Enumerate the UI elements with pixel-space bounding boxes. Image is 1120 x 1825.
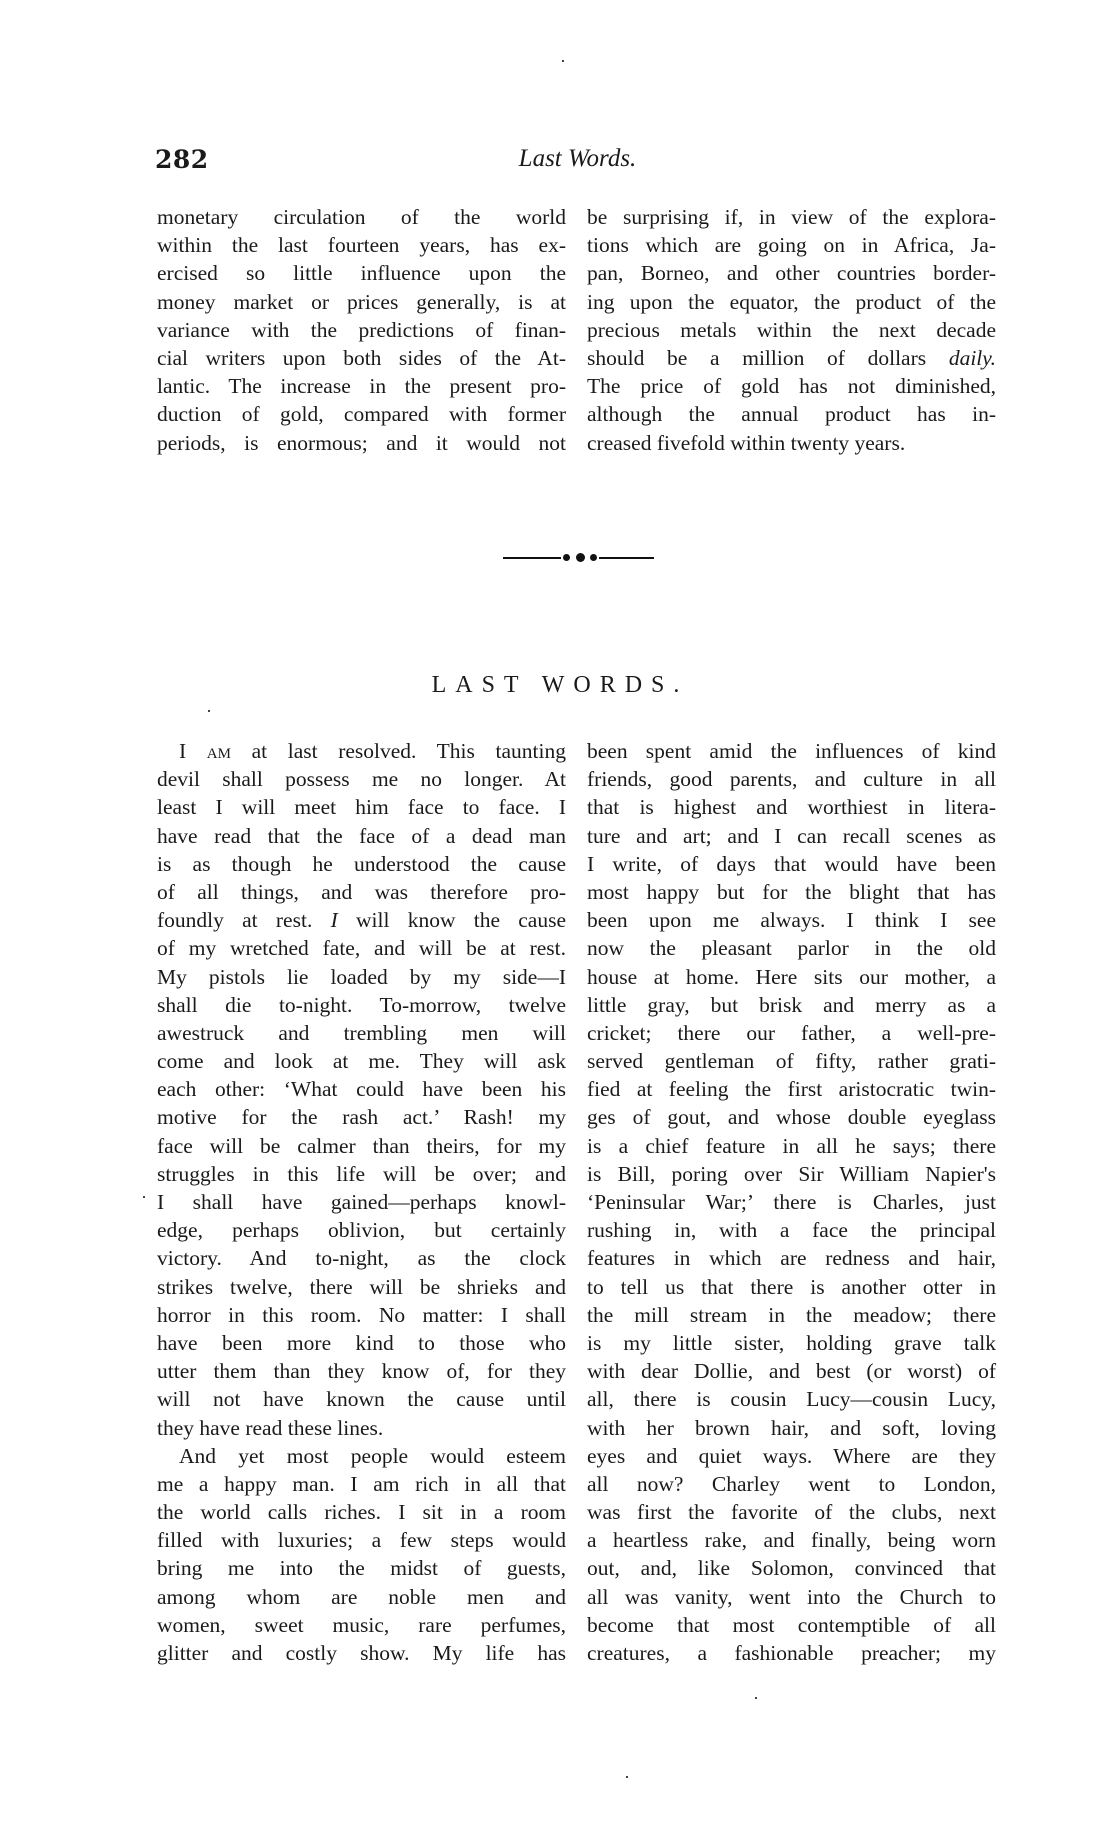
text-line: be surprising if, in view of the explora… bbox=[587, 203, 996, 231]
text-line: bring me into the midst of guests, bbox=[157, 1554, 566, 1582]
text-line: variance with the predictions of finan- bbox=[157, 316, 566, 344]
text-line: fied at feeling the first aristocratic t… bbox=[587, 1075, 996, 1103]
text-line: awestruck and trembling men will bbox=[157, 1019, 566, 1047]
text-line: edge, perhaps oblivion, but certainly bbox=[157, 1216, 566, 1244]
text-line: the mill stream in the meadow; there bbox=[587, 1301, 996, 1329]
text-line: out, and, like Solomon, convinced that bbox=[587, 1554, 996, 1582]
ornamental-rule-separator bbox=[503, 553, 654, 563]
text-line: have read that the face of a dead man bbox=[157, 822, 566, 850]
text-line: is Bill, poring over Sir William Napier'… bbox=[587, 1160, 996, 1188]
text-line: filled with luxuries; a few steps would bbox=[157, 1526, 566, 1554]
rule-right bbox=[599, 557, 654, 559]
text-line: of all things, and was therefore pro- bbox=[157, 878, 566, 906]
text-line: features in which are redness and hair, bbox=[587, 1244, 996, 1272]
text-line: duction of gold, compared with former bbox=[157, 400, 566, 428]
text-line: I shall have gained—perhaps knowl- bbox=[157, 1188, 566, 1216]
text-line: monetary circulation of the world bbox=[157, 203, 566, 231]
scan-speck bbox=[626, 1776, 628, 1778]
text-line: is my little sister, holding grave talk bbox=[587, 1329, 996, 1357]
text-line: face will be calmer than theirs, for my bbox=[157, 1132, 566, 1160]
text-line: now the pleasant parlor in the old bbox=[587, 934, 996, 962]
text-line: all now? Charley went to London, bbox=[587, 1470, 996, 1498]
text-line: with her brown hair, and soft, loving bbox=[587, 1414, 996, 1442]
text-line: women, sweet music, rare perfumes, bbox=[157, 1611, 566, 1639]
text-line: And yet most people would esteem bbox=[157, 1442, 566, 1470]
text-line: I am at last resolved. This taunting bbox=[157, 737, 566, 765]
text-line: is a chief feature in all he says; there bbox=[587, 1132, 996, 1160]
text-line: was first the favorite of the clubs, nex… bbox=[587, 1498, 996, 1526]
text-line: strikes twelve, there will be shrieks an… bbox=[157, 1273, 566, 1301]
text-line: money market or prices generally, is at bbox=[157, 288, 566, 316]
text-line: eyes and quiet ways. Where are they bbox=[587, 1442, 996, 1470]
text-line: served gentleman of fifty, rather grati- bbox=[587, 1047, 996, 1075]
italic-text: I bbox=[331, 908, 338, 932]
text-line: rushing in, with a face the principal bbox=[587, 1216, 996, 1244]
italic-text: daily. bbox=[949, 346, 996, 370]
text-line: they have read these lines. bbox=[157, 1414, 566, 1442]
scan-speck bbox=[562, 60, 564, 62]
continued-article-right-column: be surprising if, in view of the explora… bbox=[587, 203, 996, 457]
ornament-dot-icon bbox=[590, 554, 597, 561]
text-line: been upon me always. I think I see bbox=[587, 906, 996, 934]
article-left-column: I am at last resolved. This tauntingdevi… bbox=[157, 737, 566, 1667]
text-line: shall die to-night. To-morrow, twelve bbox=[157, 991, 566, 1019]
running-head: 282 Last Words. bbox=[155, 145, 1000, 185]
scan-speck bbox=[143, 1196, 145, 1198]
text-line: cricket; there our father, a well-pre- bbox=[587, 1019, 996, 1047]
text-line: house at home. Here sits our mother, a bbox=[587, 963, 996, 991]
text-line: although the annual product has in- bbox=[587, 400, 996, 428]
continued-article-left-column: monetary circulation of the worldwithin … bbox=[157, 203, 566, 457]
text-line: The price of gold has not diminished, bbox=[587, 372, 996, 400]
article-right-column: been spent amid the influences of kindfr… bbox=[587, 737, 996, 1667]
text-line: ‘Peninsular War;’ there is Charles, just bbox=[587, 1188, 996, 1216]
text-line: to tell us that there is another otter i… bbox=[587, 1273, 996, 1301]
text-line: ture and art; and I can recall scenes as bbox=[587, 822, 996, 850]
text-line: horror in this room. No matter: I shall bbox=[157, 1301, 566, 1329]
text-line: victory. And to-night, as the clock bbox=[157, 1244, 566, 1272]
text-line: friends, good parents, and culture in al… bbox=[587, 765, 996, 793]
text-line: precious metals within the next decade bbox=[587, 316, 996, 344]
text-line: creased fivefold within twenty years. bbox=[587, 429, 996, 457]
text-line: struggles in this life will be over; and bbox=[157, 1160, 566, 1188]
text-line: been spent amid the influences of kind bbox=[587, 737, 996, 765]
text-line: is as though he understood the cause bbox=[157, 850, 566, 878]
text-line: that is highest and worthiest in litera- bbox=[587, 793, 996, 821]
text-line: me a happy man. I am rich in all that bbox=[157, 1470, 566, 1498]
text-line: foundly at rest. I will know the cause bbox=[157, 906, 566, 934]
text-line: will not have known the cause until bbox=[157, 1385, 566, 1413]
text-line: ercised so little influence upon the bbox=[157, 259, 566, 287]
text-line: ges of gout, and whose double eyeglass bbox=[587, 1103, 996, 1131]
text-line: most happy but for the blight that has bbox=[587, 878, 996, 906]
text-line: tions which are going on in Africa, Ja- bbox=[587, 231, 996, 259]
text-line: My pistols lie loaded by my side—I bbox=[157, 963, 566, 991]
text-line: lantic. The increase in the present pro- bbox=[157, 372, 566, 400]
text-line: ing upon the equator, the product of the bbox=[587, 288, 996, 316]
scan-speck bbox=[208, 710, 210, 712]
text-line: a heartless rake, and finally, being wor… bbox=[587, 1526, 996, 1554]
text-line: I write, of days that would have been bbox=[587, 850, 996, 878]
ornament-dot-icon bbox=[563, 554, 570, 561]
scanned-page: 282 Last Words. monetary circulation of … bbox=[0, 0, 1120, 1825]
text-line: the world calls riches. I sit in a room bbox=[157, 1498, 566, 1526]
ornament-dot-icon bbox=[576, 553, 585, 562]
running-title: Last Words. bbox=[155, 145, 1000, 173]
text-line: creatures, a fashionable preacher; my bbox=[587, 1639, 996, 1667]
text-line: each other: ‘What could have been his bbox=[157, 1075, 566, 1103]
text-line: come and look at me. They will ask bbox=[157, 1047, 566, 1075]
text-line: become that most contemptible of all bbox=[587, 1611, 996, 1639]
text-line: all, there is cousin Lucy—cousin Lucy, bbox=[587, 1385, 996, 1413]
text-line: cial writers upon both sides of the At- bbox=[157, 344, 566, 372]
text-line: motive for the rash act.’ Rash! my bbox=[157, 1103, 566, 1131]
text-line: should be a million of dollars daily. bbox=[587, 344, 996, 372]
small-caps-text: am bbox=[207, 739, 231, 763]
text-line: utter them than they know of, for they bbox=[157, 1357, 566, 1385]
text-line: devil shall possess me no longer. At bbox=[157, 765, 566, 793]
text-line: pan, Borneo, and other countries border- bbox=[587, 259, 996, 287]
text-line: little gray, but brisk and merry as a bbox=[587, 991, 996, 1019]
text-line: with dear Dollie, and best (or worst) of bbox=[587, 1357, 996, 1385]
text-line: glitter and costly show. My life has bbox=[157, 1639, 566, 1667]
article-title: LAST WORDS. bbox=[0, 672, 1120, 699]
text-line: periods, is enormous; and it would not bbox=[157, 429, 566, 457]
scan-speck bbox=[755, 1697, 757, 1699]
text-line: within the last fourteen years, has ex- bbox=[157, 231, 566, 259]
rule-left bbox=[503, 557, 561, 559]
text-line: least I will meet him face to face. I bbox=[157, 793, 566, 821]
text-line: among whom are noble men and bbox=[157, 1583, 566, 1611]
text-line: of my wretched fate, and will be at rest… bbox=[157, 934, 566, 962]
text-line: have been more kind to those who bbox=[157, 1329, 566, 1357]
text-line: all was vanity, went into the Church to bbox=[587, 1583, 996, 1611]
